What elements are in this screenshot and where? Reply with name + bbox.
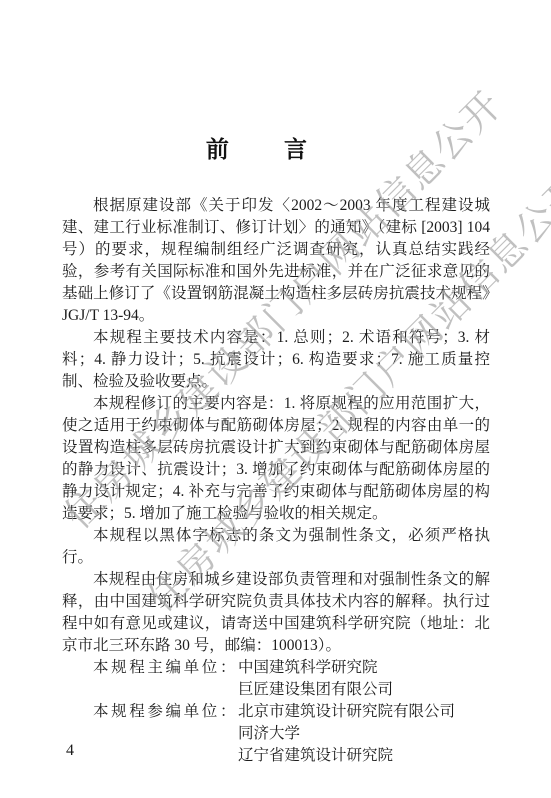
- paragraph: 本规程修订的主要内容是：1. 将原规程的应用范围扩大，使之适用于约束砌体与配筋砌…: [62, 393, 490, 525]
- paragraph: 本规程由住房和城乡建设部负责管理和对强制性条文的解释，由中国建筑科学研究院负责具…: [62, 569, 490, 657]
- participating-editor-label: 本规程参编单位：: [62, 701, 238, 723]
- participating-editor-row: 本规程参编单位： 北京市建筑设计研究院有限公司 同济大学 辽宁省建筑设计研究院: [62, 701, 490, 767]
- editor-unit: 巨匠建设集团有限公司: [238, 679, 490, 701]
- participating-editor-units: 北京市建筑设计研究院有限公司 同济大学 辽宁省建筑设计研究院: [238, 701, 490, 767]
- chief-editor-label: 本规程主编单位：: [62, 657, 238, 679]
- page-title: 前言: [62, 131, 490, 164]
- editor-unit: 辽宁省建筑设计研究院: [238, 745, 490, 767]
- editors-section: 本规程主编单位： 中国建筑科学研究院 巨匠建设集团有限公司 本规程参编单位： 北…: [62, 657, 490, 767]
- document-page: 住房城乡建设部门户网站信息公开 住房城乡建设部门户网站信息公开 前言 根据原建设…: [0, 0, 551, 798]
- editor-unit: 同济大学: [238, 723, 490, 745]
- paragraph: 本规程以黑体字标志的条文为强制性条文，必须严格执行。: [62, 525, 490, 569]
- page-number: 4: [66, 742, 74, 760]
- paragraph: 根据原建设部《关于印发〈2002～2003 年度工程建设城建、建工行业标准制订、…: [62, 195, 490, 327]
- editor-unit: 北京市建筑设计研究院有限公司: [238, 701, 490, 723]
- paragraph: 本规程主要技术内容是：1. 总则；2. 术语和符号；3. 材料；4. 静力设计；…: [62, 327, 490, 393]
- page-content: 前言 根据原建设部《关于印发〈2002～2003 年度工程建设城建、建工行业标准…: [62, 131, 490, 767]
- chief-editor-units: 中国建筑科学研究院 巨匠建设集团有限公司: [238, 657, 490, 701]
- chief-editor-row: 本规程主编单位： 中国建筑科学研究院 巨匠建设集团有限公司: [62, 657, 490, 701]
- editor-unit: 中国建筑科学研究院: [238, 657, 490, 679]
